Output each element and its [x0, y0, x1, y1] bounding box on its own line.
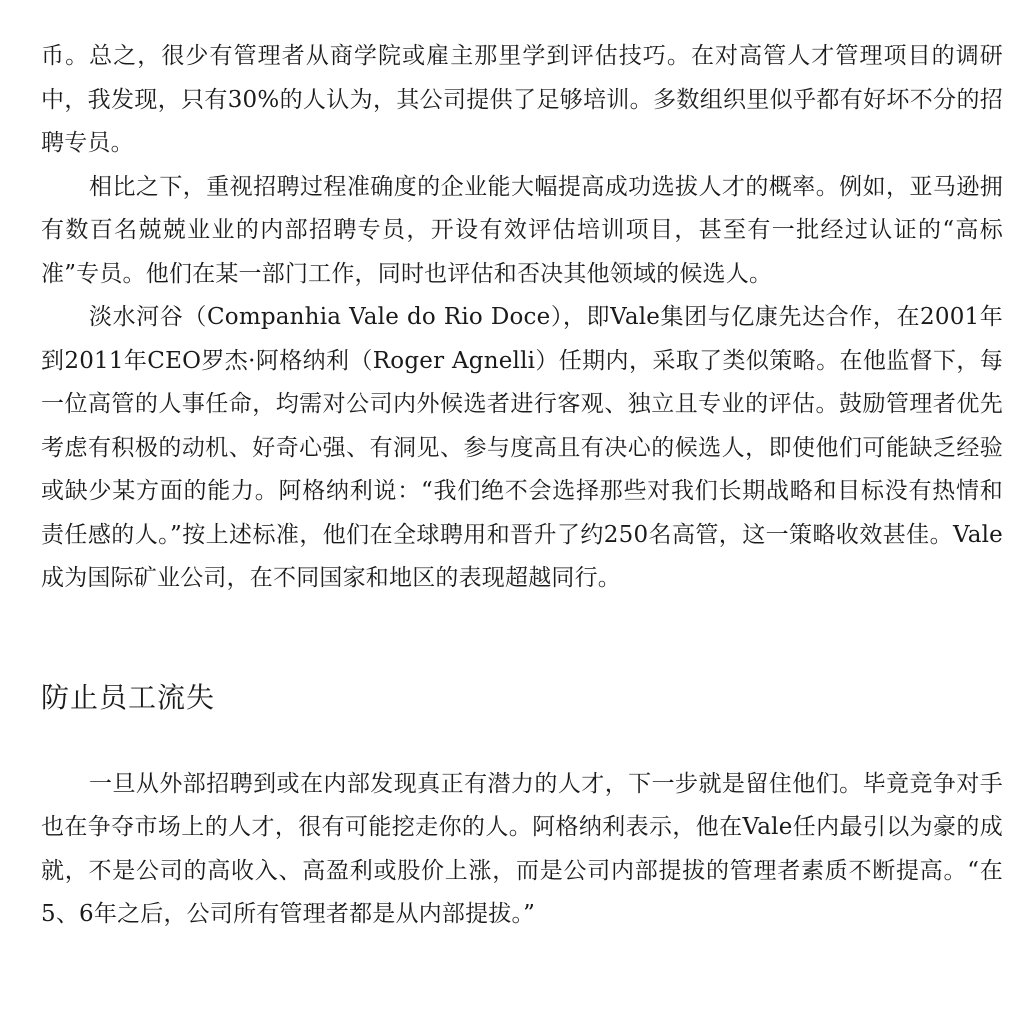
paragraph-vale-strategy: 淡水河谷（Companhia Vale do Rio Doce），即Vale集团…: [41, 296, 1003, 601]
document-page: 币。总之，很少有管理者从商学院或雇主那里学到评估技巧。在对高管人才管理项目的调研…: [41, 35, 1003, 937]
paragraph-amazon-example: 相比之下，重视招聘过程准确度的企业能大幅提高成功选拔人才的概率。例如，亚马逊拥有…: [41, 166, 1003, 297]
section-heading: 防止员工流失: [41, 678, 1003, 718]
paragraph-continuation: 币。总之，很少有管理者从商学院或雇主那里学到评估技巧。在对高管人才管理项目的调研…: [41, 35, 1003, 166]
paragraph-retention: 一旦从外部招聘到或在内部发现真正有潜力的人才，下一步就是留住他们。毕竟竞争对手也…: [41, 763, 1003, 937]
